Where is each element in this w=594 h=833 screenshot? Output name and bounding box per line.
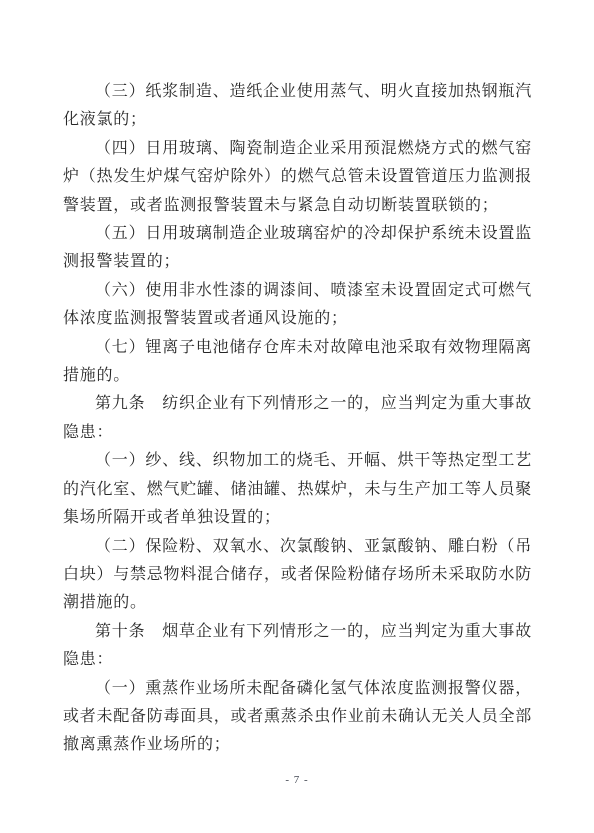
page-number: - 7 - <box>0 774 594 786</box>
paragraph-article-9: 第九条 纺织企业有下列情形之一的，应当判定为重大事故隐患： <box>63 390 532 447</box>
paragraph-item-7: （七）锂离子电池储存仓库未对故障电池采取有效物理隔离措施的。 <box>63 334 532 391</box>
paragraph-article-10: 第十条 烟草企业有下列情形之一的，应当判定为重大事故隐患： <box>63 618 532 675</box>
paragraph-item-6: （六）使用非水性漆的调漆间、喷漆室未设置固定式可燃气体浓度监测报警装置或者通风设… <box>63 277 532 334</box>
document-page: （三）纸浆制造、造纸企业使用蒸气、明火直接加热钢瓶汽化液氯的； （四）日用玻璃、… <box>0 0 594 833</box>
paragraph-item-3: （三）纸浆制造、造纸企业使用蒸气、明火直接加热钢瓶汽化液氯的； <box>63 78 532 135</box>
paragraph-article-9-item-2: （二）保险粉、双氧水、次氯酸钠、亚氯酸钠、雕白粉（吊白块）与禁忌物料混合储存，或… <box>63 533 532 618</box>
paragraph-article-9-item-1: （一）纱、线、织物加工的烧毛、开幅、烘干等热定型工艺的汽化室、燃气贮罐、储油罐、… <box>63 447 532 532</box>
paragraph-article-10-item-1: （一）熏蒸作业场所未配备磷化氢气体浓度监测报警仪器，或者未配备防毒面具，或者熏蒸… <box>63 675 532 760</box>
paragraph-item-4: （四）日用玻璃、陶瓷制造企业采用预混燃烧方式的燃气窑炉（热发生炉煤气窑炉除外）的… <box>63 135 532 220</box>
paragraph-item-5: （五）日用玻璃制造企业玻璃窑炉的冷却保护系统未设置监测报警装置的； <box>63 220 532 277</box>
document-body: （三）纸浆制造、造纸企业使用蒸气、明火直接加热钢瓶汽化液氯的； （四）日用玻璃、… <box>63 78 532 760</box>
